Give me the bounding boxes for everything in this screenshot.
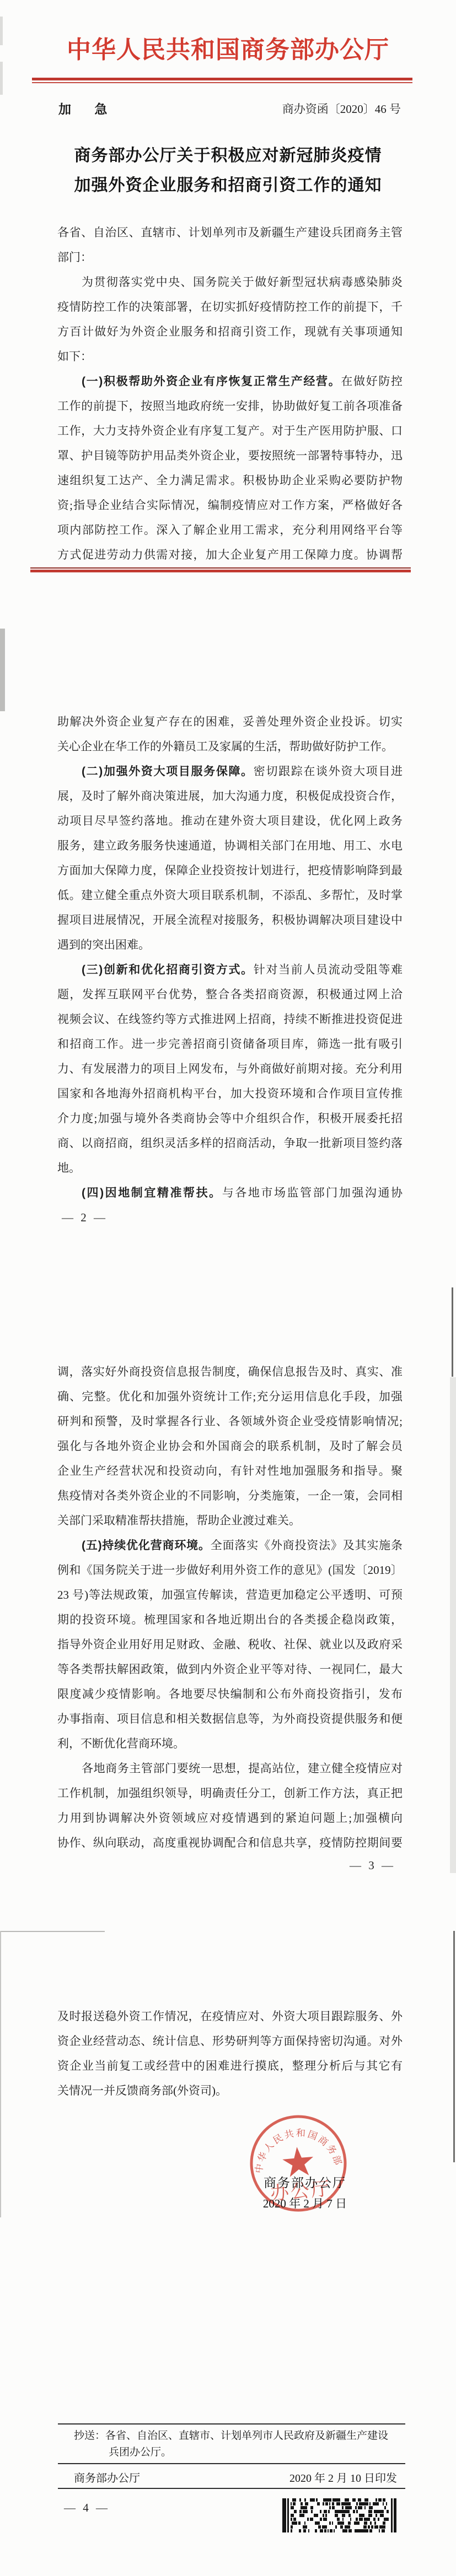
body-line: 握项目进展情况，开展全流程对接服务，积极协调解决项目建设中 [57,908,403,933]
body-line: (五)持续优化营商环境。全面落实《外商投资法》及其实施条 [57,1533,403,1558]
body-text: 国家和各地海外招商机构平台，加大投资环境和合作项目宣传推 [57,1087,403,1100]
body-text: 与各地市场监管部门加强沟通协 [222,1186,403,1199]
page-4-body: 及时报送稳外资工作情况，在疫情应对、外资大项目跟踪服务、外资企业经营动态、统计信… [57,2004,403,2103]
body-text: 企业生产经营状况和投资动向，有针对性地加强服务和指导。聚 [57,1464,403,1478]
body-line: 资企业经营动态、统计信息、形势研判等方面保持密切沟通。对外 [57,2029,403,2054]
body-text: 地。 [57,1161,81,1175]
body-text: 介力度;加强与境外各类商协会等中介组织合作，积极开展委托招 [57,1112,403,1125]
body-text: 动项目尽早签约落地。推动在建外资大项目建设，优化网上政务 [57,814,403,827]
scan-artifact-page-edge [0,1931,105,1932]
body-line: 国家和各地海外招商机构平台，加大投资环境和合作项目宣传推 [57,1081,403,1106]
body-line: 为贯彻落实党中央、国务院关于做好新型冠状病毒感染肺炎 [57,270,403,295]
body-text: 密切跟踪在谈外资大项目进 [254,765,403,778]
document-number: 商办资函〔2020〕46 号 [282,100,401,117]
body-text: 罩、护目镜等防护用品类外资企业，要按照统一部署特事特办，迅 [57,449,403,462]
body-line: 23 号)等法规政策，加强宣传解读，营造更加稳定公平透明、可预 [57,1583,403,1608]
body-line: 利，不断优化营商环境。 [57,1731,403,1756]
body-text: 疫情防控工作的决策部署，在切实抓好疫情防控工作的前提下，千 [57,300,403,313]
scan-artifact [450,1377,456,1873]
cc-note-line1: 抄送：各省、自治区、直辖市、计划单列市人民政府及新疆生产建设 [74,2428,388,2444]
body-text: 低。建立健全重点外资大项目联系机制，不添乱、多帮忙，及时掌 [57,889,403,902]
body-text: 工作的前提下，按照当地政府统一安排，协助做好复工前各项准备 [57,399,403,413]
body-text: 项内部防控工作。深入了解企业用工需求，充分利用网络平台等 [57,523,403,537]
body-line: (四)因地制宜精准帮扶。与各地市场监管部门加强沟通协 [57,1181,403,1205]
body-line: 如下： [57,344,403,369]
body-line: 力、有发展潜力的项目上网发布，与外商做好前期对接。充分利用 [57,1057,403,1081]
body-text: 在做好防控 [341,375,403,388]
footer-divider-line [58,2463,405,2464]
body-line: 助解决外资企业复产存在的困难，妥善处理外资企业投诉。切实 [57,710,403,734]
body-line: (三)创新和优化招商引资方式。针对当前人员流动受阻等难 [57,957,403,982]
body-text: 如下： [57,350,92,363]
body-text: 工作机制，加强组织领导，明确责任分工，创新工作方法，真正把精 [57,1787,403,1806]
body-text: 确、完整。优化和加强外资统计工作;充分运用信息化手段，加强 [57,1390,403,1403]
body-text: 针对当前人员流动受阻等难 [254,963,403,976]
body-line: 企业生产经营状况和投资动向，有针对性地加强服务和指导。聚 [57,1459,403,1484]
red-bottom-line-thin [30,567,411,569]
body-line: 资企业当前复工或经营中的困难进行摸底，整理分析后与其它有 [57,2054,403,2079]
body-line: 视频会议、在线签约等方式推进网上招商，持续不断推进投资促进 [57,1007,403,1032]
body-text: 办事指南、项目信息和相关数据信息等，为外商投资提供服务和便 [57,1712,403,1725]
body-text: 研判和预警，及时掌握各行业、各领域外资企业受疫情影响情况; [57,1415,403,1428]
body-line: 遇到的突出困难。 [57,933,403,957]
body-line: 等各类帮扶解困政策，做到内外资企业平等对待、一视同仁，最大 [57,1657,403,1682]
body-text: 各地商务主管部门要统一思想，提高站位，建立健全疫情应对 [82,1762,403,1775]
footer-issuer: 商务部办公厅 [74,2469,140,2485]
body-line: 及时报送稳外资工作情况，在疫情应对、外资大项目跟踪服务、外 [57,2004,403,2029]
body-text: 为贯彻落实党中央、国务院关于做好新型冠状病毒感染肺炎 [82,275,403,289]
body-line: 工作机制，加强组织领导，明确责任分工，创新工作方法，真正把精 [57,1781,403,1806]
body-line: 各省、自治区、直辖市、计划单列市及新疆生产建设兵团商务主管 [57,220,403,245]
page-number-4: — 4 — [64,2501,110,2515]
body-text: 展，及时了解外商决策进展，加大沟通力度，积极促成投资合作，推 [57,789,403,809]
body-text-bold: (一)积极帮助外资企业有序恢复正常生产经营。 [82,375,341,388]
red-separator-line [32,78,412,80]
body-text: 利，不断优化营商环境。 [57,1737,185,1750]
body-line: 地。 [57,1156,403,1181]
signature-date: 2020 年 2 月 7 日 [237,2195,373,2211]
body-line: 强化与各地外资企业协会和外国商会的联系机制，及时了解会员 [57,1434,403,1459]
body-line: 办事指南、项目信息和相关数据信息等，为外商投资提供服务和便 [57,1707,403,1731]
page-number-3: — 3 — [350,1859,395,1873]
masthead: 中华人民共和国商务部办公厅 [0,35,456,65]
scan-artifact-page-edge [0,1931,1,2217]
body-text-bold: (五)持续优化营商环境。 [82,1539,211,1552]
body-text: 各省、自治区、直辖市、计划单列市及新疆生产建设兵团商务主管 [57,226,403,239]
page-2-body: 助解决外资企业复产存在的困难，妥善处理外资企业投诉。切实关心企业在华工作的外籍员… [57,710,403,1205]
body-line: 疫情防控工作的决策部署，在切实抓好疫情防控工作的前提下，千 [57,295,403,320]
body-text: 等各类帮扶解困政策，做到内外资企业平等对待、一视同仁，最大 [57,1663,403,1676]
body-text: 强化与各地外资企业协会和外国商会的联系机制，及时了解会员 [57,1439,403,1453]
body-line: 罩、护目镜等防护用品类外资企业，要按照统一部署特事特办，迅 [57,443,403,468]
body-line: 工作的前提下，按照当地政府统一安排，协助做好复工前各项准备 [57,394,403,419]
body-line: 资;指导企业结合实际情况，编制疫情应对工作方案，严格做好各 [57,493,403,518]
body-line: (二)加强外资大项目服务保障。密切跟踪在谈外资大项目进 [57,759,403,784]
document-title-line1: 商务部办公厅关于积极应对新冠肺炎疫情 [0,145,456,166]
page-3-body: 调，落实好外商投资信息报告制度，确保信息报告及时、真实、准确、完整。优化和加强外… [57,1360,403,1855]
urgency-label: 加 急 [58,99,117,117]
body-text: 期的投资环境。梳理国家和各地近期出台的各类援企稳岗政策， [57,1613,403,1626]
red-bottom-line [30,570,411,572]
scan-artifact-page-edge [453,1931,455,2162]
body-line: 服务，建立政务服务快速通道，协调相关部门在用地、用工、水电等 [57,834,403,858]
body-text: 商、以商招商，组织灵活多样的招商活动，争取一批新项目签约落 [57,1137,403,1150]
body-text: 部门： [57,251,92,264]
footer-print-date: 2020 年 2 月 10 日印发 [289,2469,397,2485]
body-line: 期的投资环境。梳理国家和各地近期出台的各类援企稳岗政策， [57,1608,403,1632]
body-text: 焦疫情对各类外资企业的不同影响，分类施策，一企一策，会同相 [57,1489,403,1502]
body-line: 研判和预警，及时掌握各行业、各领域外资企业受疫情影响情况; [57,1409,403,1434]
body-text: 服务，建立政务服务快速通道，协调相关部门在用地、用工、水电等 [57,839,403,858]
body-text: 资企业当前复工或经营中的困难进行摸底，整理分析后与其它有 [57,2059,403,2072]
body-line: 限度减少疫情影响。各地要尽快编制和公布外商投资指引，发布 [57,1682,403,1707]
document-title-line2: 加强外资企业服务和招商引资工作的通知 [0,175,456,196]
body-text: 题，发挥互联网平台优势，整合各类招商资源，积极通过网上洽谈、 [57,988,403,1007]
body-line: 介力度;加强与境外各类商协会等中介组织合作，积极开展委托招 [57,1106,403,1131]
body-text: 方百计做好为外资企业服务和招商引资工作，现就有关事项通知 [57,325,403,338]
body-line: 关情况一并反馈商务部(外资司)。 [57,2079,403,2103]
scan-artifact [0,629,5,711]
page-1-body: 各省、自治区、直辖市、计划单列市及新疆生产建设兵团商务主管部门：为贯彻落实党中央… [57,220,403,567]
scan-artifact [452,1287,453,1377]
body-line: 和招商工作。进一步完善招商引资储备项目库，筛选一批有吸引 [57,1032,403,1057]
body-line: 力用到协调解决外资领域应对疫情遇到的紧迫问题上;加强横向 [57,1806,403,1831]
body-line: 焦疫情对各类外资企业的不同影响，分类施策，一企一策，会同相 [57,1484,403,1508]
body-line: 展，及时了解外商决策进展，加大沟通力度，积极促成投资合作，推 [57,784,403,809]
body-text: 方面加大保障力度，保障企业投资按计划进行，把疫情影响降到最 [57,864,403,877]
body-line: 部门： [57,245,403,270]
footer-divider-line [58,2488,405,2489]
body-line: 速组织复工达产、全力满足需求。积极协助企业采购必要防护物 [57,468,403,493]
body-text: 方式促进劳动力供需对接，加大企业复产用工保障力度。协调帮 [57,548,403,561]
body-text: 调，落实好外商投资信息报告制度，确保信息报告及时、真实、准 [57,1365,403,1378]
body-text: 力、有发展潜力的项目上网发布，与外商做好前期对接。充分利用 [57,1062,403,1075]
scan-artifact [0,62,3,95]
body-text: 速组织复工达产、全力满足需求。积极协助企业采购必要防护物 [57,474,403,487]
body-text: 力用到协调解决外资领域应对疫情遇到的紧迫问题上;加强横向 [57,1811,403,1825]
body-text: 协作、纵向联动，高度重视协调配合和信息共享，疫情防控期间要 [57,1836,403,1849]
body-text: 资企业经营动态、统计信息、形势研判等方面保持密切沟通。对外 [57,2034,403,2048]
body-text: 限度减少疫情影响。各地要尽快编制和公布外商投资指引，发布 [57,1687,403,1701]
body-text: 握项目进展情况，开展全流程对接服务，积极协调解决项目建设中 [57,913,403,927]
body-line: 指导外资企业用好用足财政、金融、税收、社保、就业以及政府采购 [57,1632,403,1657]
body-text: 全面落实《外商投资法》及其实施条 [211,1539,403,1552]
body-text: 工作，大力支持外资企业有序复工复产。对于生产医用防护服、口 [57,424,403,437]
body-line: 商、以商招商，组织灵活多样的招商活动，争取一批新项目签约落 [57,1131,403,1156]
body-text: 和招商工作。进一步完善招商引资储备项目库，筛选一批有吸引 [57,1037,403,1051]
cc-note-line2: 兵团办公厅。 [109,2445,171,2460]
body-line: 项内部防控工作。深入了解企业用工需求，充分利用网络平台等 [57,518,403,543]
body-text-bold: (二)加强外资大项目服务保障。 [82,765,254,778]
red-separator-line-thin [32,82,412,83]
body-line: 协作、纵向联动，高度重视协调配合和信息共享，疫情防控期间要 [57,1831,403,1855]
body-line: 各地商务主管部门要统一思想，提高站位，建立健全疫情应对 [57,1756,403,1781]
body-line: 动项目尽早签约落地。推动在建外资大项目建设，优化网上政务 [57,809,403,834]
body-line: 方面加大保障力度，保障企业投资按计划进行，把疫情影响降到最 [57,858,403,883]
signature-organization: 商务部办公厅 [237,2173,373,2191]
body-text: 及时报送稳外资工作情况，在疫情应对、外资大项目跟踪服务、外 [57,2010,403,2023]
body-text: 遇到的突出困难。 [57,938,150,951]
body-text: 关情况一并反馈商务部(外资司)。 [57,2084,227,2097]
body-line: (一)积极帮助外资企业有序恢复正常生产经营。在做好防控 [57,369,403,394]
barcode [282,2498,396,2532]
page-number-2: — 2 — [62,1211,108,1225]
body-line: 关部门采取精准帮扶措施，帮助企业渡过难关。 [57,1508,403,1533]
body-line: 确、完整。优化和加强外资统计工作;充分运用信息化手段，加强 [57,1384,403,1409]
body-line: 调，落实好外商投资信息报告制度，确保信息报告及时、真实、准 [57,1360,403,1384]
body-line: 题，发挥互联网平台优势，整合各类招商资源，积极通过网上洽谈、 [57,982,403,1007]
scanned-official-document: { "document": { "masthead": "中华人民共和国商务部办… [0,0,456,2576]
body-text: 例和《国务院关于进一步做好利用外资工作的意见》(国发〔2019〕 [57,1563,403,1577]
body-line: 关心企业在华工作的外籍员工及家属的生活，帮助做好防护工作。 [57,734,403,759]
body-text-bold: (四)因地制宜精准帮扶。 [82,1187,222,1199]
body-line: 方百计做好为外资企业服务和招商引资工作，现就有关事项通知 [57,320,403,344]
body-text: 关心企业在华工作的外籍员工及家属的生活，帮助做好防护工作。 [57,740,393,753]
body-line: 例和《国务院关于进一步做好利用外资工作的意见》(国发〔2019〕 [57,1558,403,1583]
footer-divider-line [58,2423,405,2425]
body-text-bold: (三)创新和优化招商引资方式。 [82,964,254,976]
body-line: 方式促进劳动力供需对接，加大企业复产用工保障力度。协调帮 [57,543,403,567]
body-text: 视频会议、在线签约等方式推进网上招商，持续不断推进投资促进 [57,1013,403,1026]
body-line: 工作，大力支持外资企业有序复工复产。对于生产医用防护服、口 [57,419,403,443]
body-line: 低。建立健全重点外资大项目联系机制，不添乱、多帮忙，及时掌 [57,883,403,908]
body-text: 23 号)等法规政策，加强宣传解读，营造更加稳定公平透明、可预 [57,1588,403,1601]
body-text: 关部门采取精准帮扶措施，帮助企业渡过难关。 [57,1514,301,1527]
body-text: 助解决外资企业复产存在的困难，妥善处理外资企业投诉。切实 [57,715,403,728]
body-text: 资;指导企业结合实际情况，编制疫情应对工作方案，严格做好各 [57,499,403,512]
body-text: 指导外资企业用好用足财政、金融、税收、社保、就业以及政府采购 [57,1638,403,1657]
